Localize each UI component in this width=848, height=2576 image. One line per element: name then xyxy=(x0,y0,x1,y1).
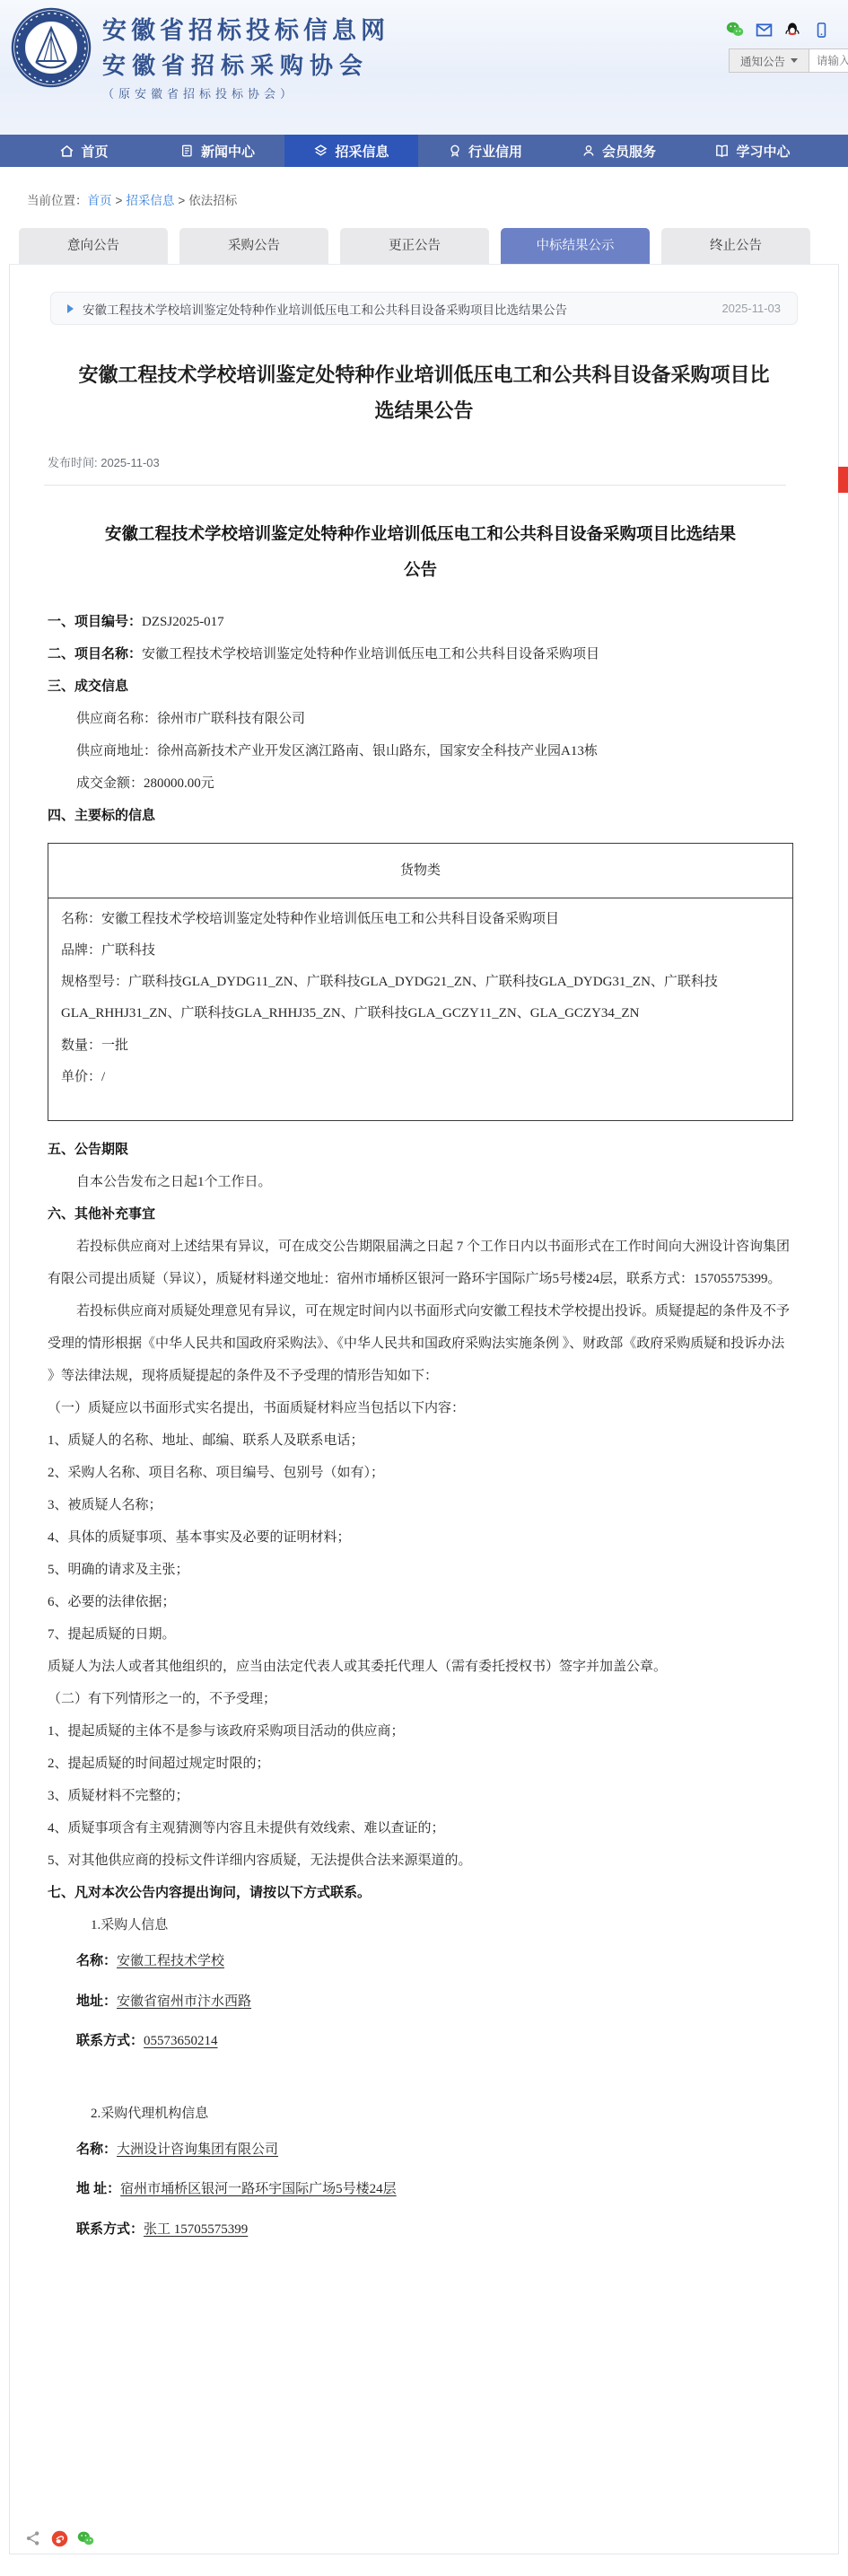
tabs: 意向公告采购公告更正公告中标结果公示终止公告 xyxy=(0,208,848,264)
tab-中标结果公示[interactable]: 中标结果公示 xyxy=(501,228,650,264)
announcement-list-item[interactable]: 安徽工程技术学校培训鉴定处特种作业培训低压电工和公共科目设备采购项目比选结果公告… xyxy=(50,292,798,325)
nav-item-label: 学习中心 xyxy=(736,142,790,161)
nav-item-会员服务[interactable]: 会员服务 xyxy=(552,135,686,167)
paragraph: （二）有下列情形之一的，不予受理； xyxy=(48,1683,793,1715)
nav-item-more[interactable] xyxy=(819,135,848,167)
mobile-icon[interactable] xyxy=(811,20,831,39)
paragraph: 地 址：宿州市埇桥区银河一路环宇国际广场5号楼24层 xyxy=(48,2169,793,2210)
learning-icon xyxy=(714,144,730,159)
news-icon xyxy=(180,144,195,158)
bid-info-icon xyxy=(313,144,328,159)
paragraph: 自本公告发布之日起1个工作日。 xyxy=(48,1166,793,1198)
paragraph-text: 4、具体的质疑事项、基本事实及必要的证明材料； xyxy=(48,1530,351,1545)
member-icon xyxy=(581,144,596,158)
paragraph-label: 联系方式： xyxy=(76,2033,144,2048)
weibo-icon[interactable] xyxy=(50,2529,69,2548)
credit-icon xyxy=(448,144,462,158)
page: 安徽省招标投标信息网 安徽省招标采购协会 （原安徽省招标投标协会） 通知公告 首… xyxy=(0,0,848,2576)
paragraph: 若投标供应商对上述结果有异议，可在成交公告期限届满之日起 7 个工作日内以书面形… xyxy=(48,1231,793,1295)
paragraph-text: 2、提起质疑的时间超过规定时限的； xyxy=(48,1757,270,1771)
paragraph-text: 供应商名称：徐州市广联科技有限公司 xyxy=(76,712,305,726)
tab-终止公告[interactable]: 终止公告 xyxy=(661,228,810,264)
goods-table-row: 规格型号：广联科技GLA_DYDG11_ZN、广联科技GLA_DYDG21_ZN… xyxy=(61,967,780,1030)
main-nav: 首页新闻中心招采信息行业信用会员服务学习中心 xyxy=(0,135,848,167)
paragraph-underlined-text: 05573650214 xyxy=(144,2034,218,2048)
paragraph-label: 一、项目编号： xyxy=(48,614,142,629)
paragraph-text: 自本公告发布之日起1个工作日。 xyxy=(76,1175,272,1189)
paragraph: 7、提起质疑的日期。 xyxy=(48,1618,793,1651)
paragraph: 质疑人为法人或者其他组织的，应当由法定代表人或其委托代理人（需有委托授权书）签字… xyxy=(48,1651,793,1683)
search-input[interactable] xyxy=(809,48,848,73)
paragraph-label: 七、凡对本次公告内容提出询问，请按以下方式联系。 xyxy=(48,1885,371,1900)
article-title: 安徽工程技术学校培训鉴定处特种作业培训低压电工和公共科目设备采购项目比选结果公告 xyxy=(73,357,775,428)
paragraph-label: 名称： xyxy=(76,2142,117,2157)
paragraph-label: 地 址： xyxy=(76,2181,120,2196)
home-icon xyxy=(59,144,74,159)
nav-item-招采信息[interactable]: 招采信息 xyxy=(284,135,418,167)
wechat-icon[interactable] xyxy=(725,20,745,39)
paragraph-text: 若投标供应商对上述结果有异议，可在成交公告期限届满之日起 7 个工作日内以书面形… xyxy=(48,1240,790,1286)
breadcrumb-link[interactable]: 招采信息 xyxy=(126,194,174,207)
paragraph-underlined-text: 安徽省宿州市汴水西路 xyxy=(117,1994,251,2009)
section-heading: 三、成交信息 xyxy=(48,670,793,703)
paragraph-label: 三、成交信息 xyxy=(48,679,128,694)
paragraph: 5、对其他供应商的投标文件详细内容质疑，无法提供合法来源渠道的。 xyxy=(48,1844,793,1877)
breadcrumb-separator: > xyxy=(116,194,123,207)
paragraph-text: 7、提起质疑的日期。 xyxy=(48,1627,176,1642)
paragraph: 5、明确的请求及主张； xyxy=(48,1554,793,1586)
section-heading: 五、公告期限 xyxy=(48,1134,793,1166)
paragraph: 名称：安徽工程技术学校 xyxy=(48,1941,793,1982)
paragraph-label: 二、项目名称： xyxy=(48,646,142,662)
breadcrumb-link[interactable]: 首页 xyxy=(88,194,112,207)
paragraph-text: 5、明确的请求及主张； xyxy=(48,1563,189,1577)
share-row xyxy=(24,2529,95,2548)
paragraph-underlined-text: 宿州市埇桥区银河一路环宇国际广场5号楼24层 xyxy=(120,2182,397,2196)
search-bar: 通知公告 xyxy=(729,48,848,73)
breadcrumb-separator: > xyxy=(178,194,185,207)
paragraph-underlined-text: 安徽工程技术学校 xyxy=(117,1954,224,1968)
paragraph: 2、提起质疑的时间超过规定时限的； xyxy=(48,1748,793,1780)
mail-icon[interactable] xyxy=(754,20,774,39)
paragraph: 3、被质疑人名称； xyxy=(48,1489,793,1521)
paragraph-text: （一）质疑应以书面形式实名提出，书面质疑材料应当包括以下内容： xyxy=(48,1401,465,1415)
wechat-share-icon[interactable] xyxy=(76,2529,95,2548)
nav-item-label: 会员服务 xyxy=(602,142,656,161)
goods-table-row: 名称：安徽工程技术学校培训鉴定处特种作业培训低压电工和公共科目设备采购项目 xyxy=(61,904,780,935)
paragraph-text: 1、质疑人的名称、地址、邮编、联系人及联系电话； xyxy=(48,1433,364,1448)
paragraph-label: 名称： xyxy=(76,1953,117,1968)
breadcrumb-current: 依法招标 xyxy=(188,194,237,207)
nav-item-label: 行业信用 xyxy=(468,142,522,161)
section-heading: 四、主要标的信息 xyxy=(48,800,793,832)
nav-item-学习中心[interactable]: 学习中心 xyxy=(686,135,819,167)
paragraph: 地址：安徽省宿州市汴水西路 xyxy=(48,1982,793,2022)
article-body-title: 安徽工程技术学校培训鉴定处特种作业培训低压电工和公共科目设备采购项目比选结果公告 xyxy=(48,513,793,590)
list-item-title: 安徽工程技术学校培训鉴定处特种作业培训低压电工和公共科目设备采购项目比选结果公告 xyxy=(83,300,567,318)
article-body: 安徽工程技术学校培训鉴定处特种作业培训低压电工和公共科目设备采购项目比选结果公告… xyxy=(48,513,793,2249)
chevron-down-icon xyxy=(791,58,798,63)
paragraph-label: 地址： xyxy=(76,1993,117,2009)
paragraph-text: 1.采购人信息 xyxy=(91,1918,168,1932)
paragraph-label: 联系方式： xyxy=(76,2221,144,2237)
nav-item-label: 招采信息 xyxy=(335,142,389,161)
paragraph-underlined-text: 大洲设计咨询集团有限公司 xyxy=(117,2142,278,2157)
site-title-line3: （原安徽省招标投标协会） xyxy=(102,84,389,101)
tab-更正公告[interactable]: 更正公告 xyxy=(340,228,489,264)
paragraph: 联系方式：05573650214 xyxy=(48,2021,793,2062)
paragraph: 6、必要的法律依据； xyxy=(48,1586,793,1618)
paragraph: 1、质疑人的名称、地址、邮编、联系人及联系电话； xyxy=(48,1424,793,1457)
breadcrumb: 当前位置：首页>招采信息>依法招标 xyxy=(27,190,848,208)
goods-table: 货物类名称：安徽工程技术学校培训鉴定处特种作业培训低压电工和公共科目设备采购项目… xyxy=(48,843,793,1122)
paragraph: 联系方式：张工 15705575399 xyxy=(48,2210,793,2250)
share-sidebar-red[interactable] xyxy=(838,467,848,493)
quick-icons xyxy=(725,20,831,39)
paragraph: 4、质疑事项含有主观猜测等内容且未提供有效线索、难以查证的； xyxy=(48,1812,793,1844)
list-item-date: 2025-11-03 xyxy=(707,302,781,315)
nav-item-首页[interactable]: 首页 xyxy=(17,135,151,167)
tab-意向公告[interactable]: 意向公告 xyxy=(19,228,168,264)
paragraph-label: 六、其他补充事宜 xyxy=(48,1206,155,1222)
paragraph-text: 2、采购人名称、项目名称、项目编号、包别号（如有）； xyxy=(48,1466,384,1480)
paragraph-text: 1、提起质疑的主体不是参与该政府采购项目活动的供应商； xyxy=(48,1724,405,1739)
paragraph-text: 3、被质疑人名称； xyxy=(48,1498,162,1512)
qq-icon[interactable] xyxy=(782,20,802,39)
paragraph: 2、采购人名称、项目名称、项目编号、包别号（如有）； xyxy=(48,1457,793,1489)
breadcrumb-prefix: 当前位置： xyxy=(27,194,88,207)
paragraph-label: 四、主要标的信息 xyxy=(48,808,155,823)
share-icon[interactable] xyxy=(24,2529,43,2548)
tab-采购公告[interactable]: 采购公告 xyxy=(179,228,328,264)
nav-item-label: 首页 xyxy=(81,142,108,161)
breadcrumb-links: 首页>招采信息>依法招标 xyxy=(88,194,238,207)
goods-table-row: 数量：一批 xyxy=(61,1030,780,1062)
paragraph-text: 成交金额：280000.00元 xyxy=(76,776,214,791)
goods-table-body: 名称：安徽工程技术学校培训鉴定处特种作业培训低压电工和公共科目设备采购项目品牌：… xyxy=(48,898,792,1121)
paragraph: 2.采购代理机构信息 xyxy=(48,2098,793,2130)
publish-time: 发布时间: 2025-11-03 xyxy=(48,453,838,470)
section-heading: 一、项目编号：DZSJ2025-017 xyxy=(48,606,793,638)
paragraph: 1、提起质疑的主体不是参与该政府采购项目活动的供应商； xyxy=(48,1715,793,1748)
article-paragraphs: 一、项目编号：DZSJ2025-017二、项目名称：安徽工程技术学校培训鉴定处特… xyxy=(48,606,793,2250)
paragraph-text: 质疑人为法人或者其他组织的，应当由法定代表人或其委托代理人（需有委托授权书）签字… xyxy=(48,1660,667,1674)
paragraph: （一）质疑应以书面形式实名提出，书面质疑材料应当包括以下内容： xyxy=(48,1392,793,1424)
title-divider xyxy=(44,485,786,486)
paragraph: 供应商地址：徐州高新技术产业开发区漓江路南、银山路东，国家安全科技产业园A13栋 xyxy=(48,735,793,767)
site-header: 安徽省招标投标信息网 安徽省招标采购协会 （原安徽省招标投标协会） 通知公告 xyxy=(0,0,848,135)
paragraph: 4、具体的质疑事项、基本事实及必要的证明材料； xyxy=(48,1521,793,1554)
paragraph: 1.采购人信息 xyxy=(48,1909,793,1941)
paragraph: 供应商名称：徐州市广联科技有限公司 xyxy=(48,703,793,735)
site-title-line1: 安徽省招标投标信息网 xyxy=(102,11,389,46)
paragraph: 3、质疑材料不完整的； xyxy=(48,1780,793,1812)
section-heading: 六、其他补充事宜 xyxy=(48,1198,793,1231)
paragraph: 名称：大洲设计咨询集团有限公司 xyxy=(48,2130,793,2170)
search-category-select[interactable]: 通知公告 xyxy=(729,48,809,73)
paragraph: 成交金额：280000.00元 xyxy=(48,767,793,800)
nav-item-新闻中心[interactable]: 新闻中心 xyxy=(151,135,284,167)
paragraph-text: 安徽工程技术学校培训鉴定处特种作业培训低压电工和公共科目设备采购项目 xyxy=(142,647,599,662)
paragraph-label: 五、公告期限 xyxy=(48,1142,128,1157)
nav-item-label: 新闻中心 xyxy=(201,142,255,161)
paragraph-text: 若投标供应商对质疑处理意见有异议，可在规定时间内以书面形式向安徽工程技术学校提出… xyxy=(48,1304,790,1383)
paragraph-text: 6、必要的法律依据； xyxy=(48,1595,176,1609)
paragraph-text: （二）有下列情形之一的，不予受理； xyxy=(48,1692,276,1706)
list-arrow-icon xyxy=(67,304,74,313)
nav-item-行业信用[interactable]: 行业信用 xyxy=(418,135,552,167)
site-title-line2: 安徽省招标采购协会 xyxy=(102,48,389,81)
paragraph: 若投标供应商对质疑处理意见有异议，可在规定时间内以书面形式向安徽工程技术学校提出… xyxy=(48,1295,793,1392)
goods-table-row: 品牌：广联科技 xyxy=(61,935,780,967)
paragraph-underlined-text: 张工 15705575399 xyxy=(144,2222,248,2237)
paragraph-text: 3、质疑材料不完整的； xyxy=(48,1789,189,1803)
section-heading: 七、凡对本次公告内容提出询问，请按以下方式联系。 xyxy=(48,1877,793,1909)
paragraph-text: 2.采购代理机构信息 xyxy=(91,2107,208,2121)
paragraph-text: DZSJ2025-017 xyxy=(142,615,224,629)
paragraph xyxy=(48,2062,793,2098)
goods-table-header: 货物类 xyxy=(48,844,792,898)
goods-table-row: 单价：/ xyxy=(61,1062,780,1093)
search-category-label: 通知公告 xyxy=(740,53,785,69)
section-heading: 二、项目名称：安徽工程技术学校培训鉴定处特种作业培训低压电工和公共科目设备采购项… xyxy=(48,638,793,670)
site-logo xyxy=(11,7,92,88)
paragraph-text: 供应商地址：徐州高新技术产业开发区漓江路南、银山路东，国家安全科技产业园A13栋 xyxy=(76,744,598,758)
site-title: 安徽省招标投标信息网 安徽省招标采购协会 （原安徽省招标投标协会） xyxy=(102,11,389,101)
paragraph-text: 5、对其他供应商的投标文件详细内容质疑，无法提供合法来源渠道的。 xyxy=(48,1853,472,1868)
content-card: 安徽工程技术学校培训鉴定处特种作业培训低压电工和公共科目设备采购项目比选结果公告… xyxy=(9,264,839,2554)
paragraph-text: 4、质疑事项含有主观猜测等内容且未提供有效线索、难以查证的； xyxy=(48,1821,445,1836)
